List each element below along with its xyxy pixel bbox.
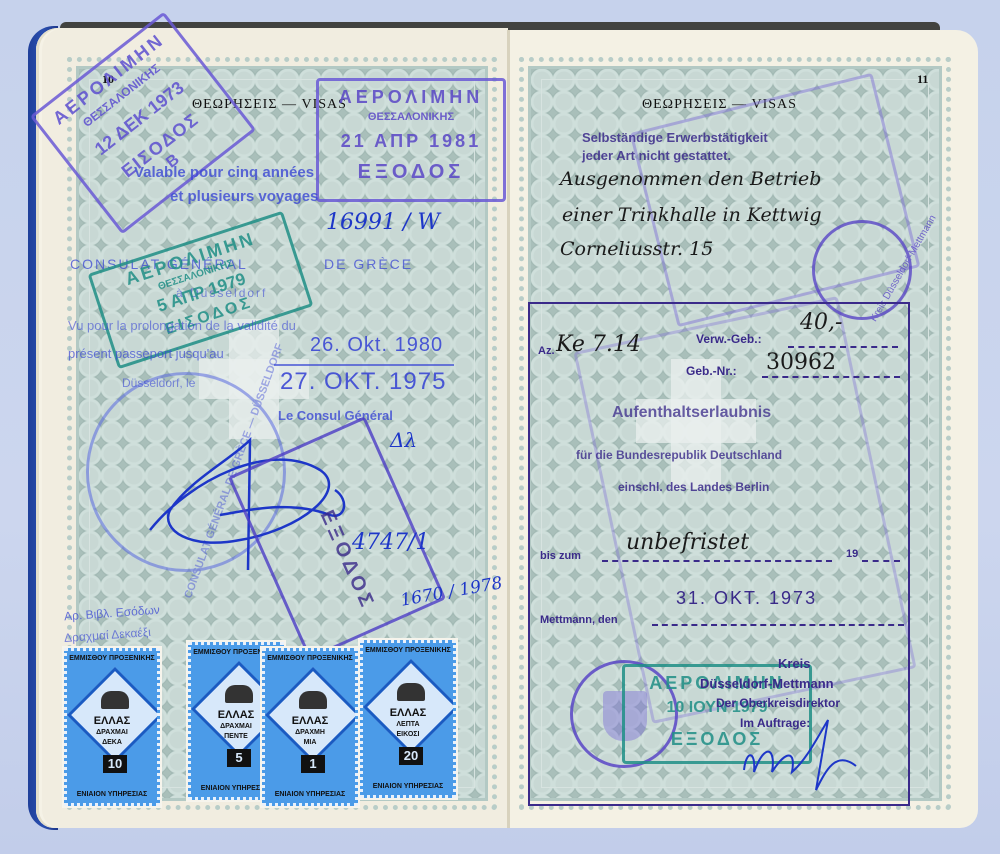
fee-number-label: Geb.-Nr.:	[686, 364, 737, 378]
az-label: Az.	[538, 345, 555, 357]
az-value: Ke 7.14	[556, 332, 641, 357]
airport-exit-stamp-thessaloniki: ΑΕΡΟΛΙΜΗΝ ΘΕΣΣΑΛΟΝΙΚΗΣ 21 ΑΠΡ 1981 ΕΞΟΔΟ…	[316, 78, 506, 202]
crown-icon	[225, 685, 253, 703]
until-year-suffix: 19	[846, 548, 858, 560]
fee-label: Verw.-Geb.:	[696, 332, 762, 346]
handwritten-exception-2: einer Trinkhalle in Kettwig	[562, 204, 822, 226]
passport-spread: 10 ΘΕΩΡΗΣΕΙΣ — VISAS CONSULAT GÉNÉRAL DE…	[0, 0, 1000, 854]
issued-label: Düsseldorf, le	[122, 376, 195, 390]
restriction-line-1: Selbständige Erwerbstätigkeit	[582, 130, 768, 145]
authority-line-3: Der Oberkreisdirektor	[716, 696, 840, 710]
permit-scope-1: für die Bundesrepublik Deutschland	[576, 448, 782, 462]
page-gutter	[507, 30, 510, 828]
extension-date-line	[274, 364, 454, 366]
crown-icon	[101, 691, 129, 709]
issued-date: 27. OKT. 1975	[280, 368, 446, 396]
page-number-right: 11	[917, 72, 928, 87]
permit-date-stamp: 31. OKT. 1973	[676, 588, 817, 609]
validity-line-2: et plusieurs voyages	[170, 188, 318, 205]
revenue-stamp: ΕΜΜΙΣΘΟΥ ΠΡΟΞΕΝΙΚΗΣΕΛΛΑΣΛΕΠΤΑΕΙΚΟΣΙ20ΕΝΙ…	[360, 640, 456, 798]
extension-date: 26. Okt. 1980	[310, 334, 443, 357]
extension-text-1: Vu pour la prolongation de la validité d…	[68, 318, 296, 333]
extension-text-2: présent passeport jusqu'au	[68, 346, 224, 361]
crown-icon	[397, 683, 425, 701]
permit-scope-2: einschl. des Landes Berlin	[618, 480, 769, 494]
permit-title: Aufenthaltserlaubnis	[612, 404, 771, 422]
fee-value: 40,-	[800, 310, 842, 335]
validity-line-1: Valable pour cinq années	[134, 164, 314, 181]
restriction-line-2: jeder Art nicht gestattet.	[582, 148, 731, 163]
revenue-stamp: ΕΜΜΙΣΘΟΥ ΠΡΟΞΕΝΙΚΗΣΕΛΛΑΣΔΡΑΧΜΑΙΔΕΚΑ10ΕΝΙ…	[64, 648, 160, 806]
until-value: unbefristet	[626, 530, 749, 555]
crown-icon	[299, 691, 327, 709]
official-signature	[736, 710, 876, 800]
authority-line-1: Kreis	[778, 656, 811, 671]
handwritten-reference-2: 4747/1	[352, 530, 429, 555]
handwritten-reference-1: 16991 / W	[326, 210, 440, 235]
authority-line-2: Düsseldorf-Mettmann	[700, 676, 834, 691]
revenue-stamp: ΕΜΜΙΣΘΟΥ ΠΡΟΞΕΝΙΚΗΣΕΛΛΑΣΔΡΑΧΜΗΜΙΑ1ΕΝΙΑΙΟ…	[262, 648, 358, 806]
handwritten-exception-3: Corneliusstr. 15	[560, 238, 713, 260]
handwritten-exception-1: Ausgenommen den Betrieb	[560, 168, 821, 190]
fee-number-value: 30962	[766, 350, 836, 375]
until-label: bis zum	[540, 550, 581, 562]
consulate-header-right: DE GRÈCE	[324, 256, 413, 272]
place-label: Mettmann, den	[540, 614, 618, 626]
handwritten-initials: Δλ	[390, 428, 417, 452]
